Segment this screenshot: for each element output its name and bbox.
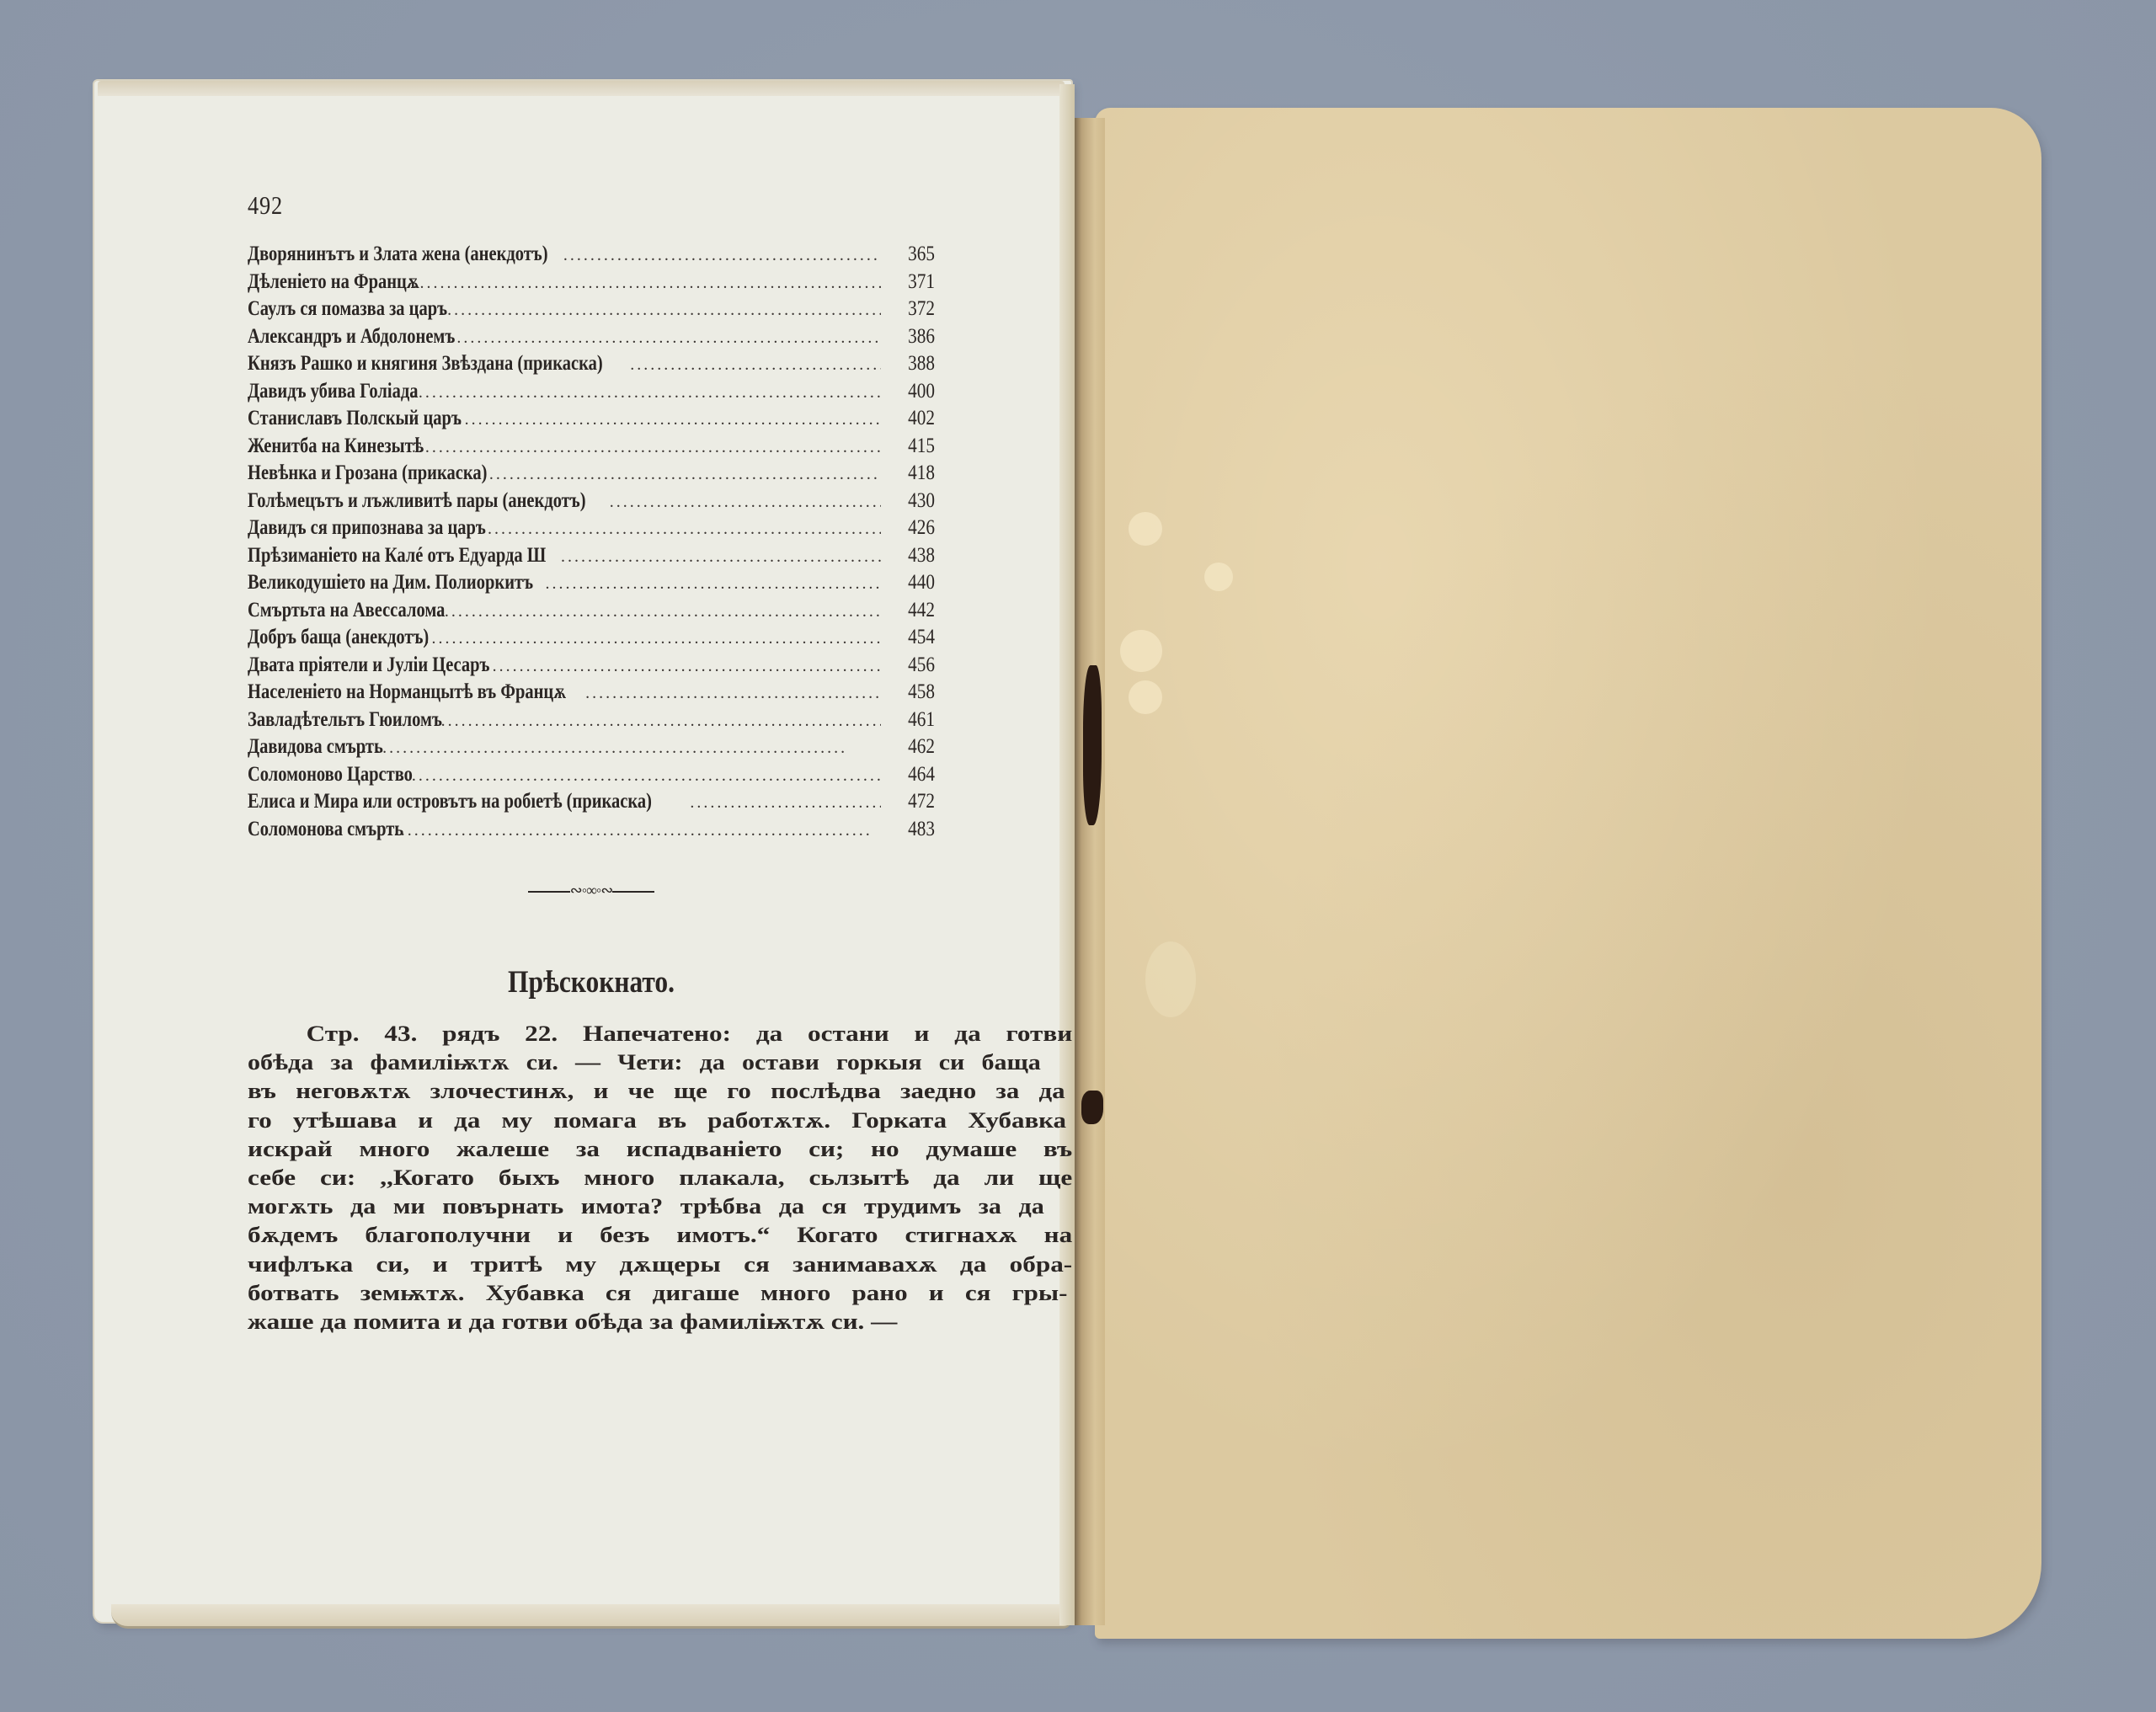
dot-leader: ........................................… bbox=[438, 598, 881, 626]
toc-title: Александръ и Абдолонемъ bbox=[248, 323, 455, 351]
toc-entry: Давидъ убива Голіада....................… bbox=[248, 378, 935, 406]
dot-leader: ........................................… bbox=[406, 269, 881, 297]
toc-page: 400 bbox=[894, 378, 935, 406]
spine-tear bbox=[1083, 665, 1102, 825]
dot-leader: ........................................… bbox=[610, 488, 881, 516]
toc-title: Голѣмецътъ и лъжливитѣ пары (анекдотъ) bbox=[248, 488, 586, 515]
dot-leader: ........................................… bbox=[458, 406, 881, 434]
toc-entry: Елиса и Мира или островътъ на робıетѣ (п… bbox=[248, 788, 935, 816]
errata-line: въ неговѫтѫ злочестинѫ, и че ще го послѣ… bbox=[248, 1077, 1065, 1106]
toc-entry: Саулъ ся помазва за царъ................… bbox=[248, 296, 935, 323]
toc-page: 454 bbox=[894, 624, 935, 652]
toc-entry: Голѣмецътъ и лъжливитѣ пары (анекдотъ)..… bbox=[248, 488, 935, 515]
dot-leader: ........................................… bbox=[561, 543, 881, 571]
errata-paragraph: Стр. 43. рядъ 22. Напечатено: да остани … bbox=[248, 1020, 935, 1336]
dot-leader: ........................................… bbox=[440, 296, 881, 324]
toc-page: 372 bbox=[894, 296, 935, 323]
section-title: Прѣскокнато. bbox=[299, 964, 883, 1001]
dot-leader: ........................................… bbox=[435, 707, 881, 735]
errata-line: ботвать земѭтѫ. Хубавка ся дигаше много … bbox=[248, 1279, 1067, 1308]
errata-line: жаше да помита и да готви обѣда за фамил… bbox=[248, 1308, 1072, 1336]
toc-entry: Давидова смърть.........................… bbox=[248, 733, 935, 761]
toc-page: 472 bbox=[894, 788, 935, 816]
toc-entry: Женитба на Кинезытѣ.....................… bbox=[248, 433, 935, 461]
spine-tear bbox=[1081, 1091, 1103, 1124]
toc-entry: Дворянинътъ и Злата жена (анекдотъ).....… bbox=[248, 241, 935, 269]
water-stain bbox=[1129, 512, 1162, 546]
dot-leader: ........................................… bbox=[412, 434, 881, 461]
errata-line: бѫдемъ благополучни и безъ имотъ.“ Когат… bbox=[248, 1221, 1072, 1250]
toc-page: 442 bbox=[894, 597, 935, 625]
toc-title: Невѣнка и Грозана (прикаска) bbox=[248, 460, 487, 488]
toc-page: 371 bbox=[894, 269, 935, 296]
ornament-line bbox=[528, 891, 570, 893]
toc-page: 418 bbox=[894, 460, 935, 488]
water-stain bbox=[1120, 630, 1162, 672]
toc-page: 462 bbox=[894, 733, 935, 761]
toc-entry: Соломоново Царство......................… bbox=[248, 761, 935, 789]
dot-leader: ........................................… bbox=[362, 734, 881, 762]
toc-entry: Двата пріятели и Јуліи Цесаръ...........… bbox=[248, 652, 935, 680]
errata-line: себе си: ,,Когато быхъ много плакала, сь… bbox=[248, 1164, 1072, 1192]
toc-title: Давидъ убива Голіада bbox=[248, 378, 418, 406]
toc-title: Завладѣтельтъ Гюиломъ bbox=[248, 707, 442, 734]
water-stain bbox=[1204, 563, 1233, 591]
toc-entry: Великодушіето на Дим. Полиоркитъ........… bbox=[248, 569, 935, 597]
ornament-divider: ∾◦∞◦∾ bbox=[248, 882, 935, 899]
dot-leader: ........................................… bbox=[493, 653, 881, 680]
toc-title: Саулъ ся помазва за царъ bbox=[248, 296, 447, 323]
toc-entry: Станиславъ Полскый царъ.................… bbox=[248, 405, 935, 433]
water-stain bbox=[1145, 941, 1196, 1017]
page-inner-edge bbox=[1059, 84, 1075, 1625]
errata-line: искрай много жалеше за испадваніето си; … bbox=[248, 1135, 1072, 1164]
toc-page: 388 bbox=[894, 350, 935, 378]
toc-entry: Смъртьта на Авессалома..................… bbox=[248, 597, 935, 625]
toc-entry: Прѣзиманіето на Калé отъ Едуарда Ш......… bbox=[248, 542, 935, 570]
dot-leader: ........................................… bbox=[387, 817, 881, 845]
toc-title: Станиславъ Полскый царъ bbox=[248, 405, 462, 433]
page-text: 492 Дворянинътъ и Злата жена (анекдотъ).… bbox=[248, 187, 935, 1336]
water-stain bbox=[1129, 680, 1162, 714]
toc-title: Двата пріятели и Јуліи Цесаръ bbox=[248, 652, 490, 680]
toc-page: 415 bbox=[894, 433, 935, 461]
toc-page: 402 bbox=[894, 405, 935, 433]
right-page-cover bbox=[1095, 108, 2041, 1639]
toc-title: Елиса и Мира или островътъ на робıетѣ (п… bbox=[248, 788, 652, 816]
page-number: 492 bbox=[248, 187, 832, 224]
toc-entry: Давидъ ся припознава за царъ............… bbox=[248, 515, 935, 542]
toc-page: 386 bbox=[894, 323, 935, 351]
toc-page: 483 bbox=[894, 816, 935, 844]
toc-page: 461 bbox=[894, 707, 935, 734]
ornament-line bbox=[612, 891, 654, 893]
toc-title: Дѣленіето на Францѫ bbox=[248, 269, 419, 296]
toc-entry: Завладѣтельтъ Гюиломъ...................… bbox=[248, 707, 935, 734]
toc-title: Давидова смърть bbox=[248, 733, 383, 761]
toc-title: Прѣзиманіето на Калé отъ Едуарда Ш bbox=[248, 542, 546, 570]
dot-leader: ........................................… bbox=[489, 461, 881, 488]
dot-leader: ........................................… bbox=[405, 379, 881, 407]
toc-entry: Князъ Рашко и княгиня Звѣздана (прикаска… bbox=[248, 350, 935, 378]
toc-page: 464 bbox=[894, 761, 935, 789]
dot-leader: ........................................… bbox=[630, 351, 881, 379]
toc-title: Великодушіето на Дим. Полиоркитъ bbox=[248, 569, 533, 597]
table-of-contents: Дворянинътъ и Злата жена (анекдотъ).....… bbox=[248, 241, 935, 843]
dot-leader: ........................................… bbox=[545, 570, 881, 598]
toc-entry: Населеніето на Норманцытѣ въ Францѫ.....… bbox=[248, 679, 935, 707]
toc-title: Соломоново Царство bbox=[248, 761, 413, 789]
dot-leader: ........................................… bbox=[419, 625, 881, 653]
toc-page: 430 bbox=[894, 488, 935, 515]
toc-title: Князъ Рашко и княгиня Звѣздана (прикаска… bbox=[248, 350, 603, 378]
ornament-flourish: ∾◦∞◦∾ bbox=[570, 882, 613, 899]
book-spine bbox=[1071, 118, 1105, 1625]
toc-entry: Невѣнка и Грозана (прикаска)............… bbox=[248, 460, 935, 488]
errata-line: Стр. 43. рядъ 22. Напечатено: да остани … bbox=[248, 1020, 1072, 1048]
toc-entry: Добръ баща (анекдотъ)...................… bbox=[248, 624, 935, 652]
toc-title: Добръ баща (анекдотъ) bbox=[248, 624, 429, 652]
toc-entry: Дѣленіето на Францѫ.....................… bbox=[248, 269, 935, 296]
dot-leader: ........................................… bbox=[690, 789, 881, 817]
errata-line: чифлъка си, и тритѣ му дѫщеры ся занимав… bbox=[248, 1251, 1072, 1279]
toc-title: Женитба на Кинезытѣ bbox=[248, 433, 424, 461]
toc-title: Соломонова смърть bbox=[248, 816, 403, 844]
dot-leader: ........................................… bbox=[488, 515, 881, 543]
dot-leader: ........................................… bbox=[563, 242, 881, 269]
toc-title: Населеніето на Норманцытѣ въ Францѫ bbox=[248, 679, 566, 707]
toc-page: 438 bbox=[894, 542, 935, 570]
toc-page: 456 bbox=[894, 652, 935, 680]
toc-title: Смъртьта на Авессалома bbox=[248, 597, 445, 625]
errata-line: обѣда за фамиліѭтѫ си. — Чети: да остави… bbox=[248, 1048, 1041, 1077]
errata-line: го утѣшава и да му помага въ работѫтѫ. Г… bbox=[248, 1107, 1066, 1135]
toc-title: Давидъ ся припознава за царъ bbox=[248, 515, 486, 542]
dot-leader: ........................................… bbox=[398, 762, 881, 790]
toc-entry: Александръ и Абдолонемъ.................… bbox=[248, 323, 935, 351]
toc-title: Дворянинътъ и Злата жена (анекдотъ) bbox=[248, 241, 548, 269]
dot-leader: ........................................… bbox=[585, 680, 881, 707]
toc-page: 365 bbox=[894, 241, 935, 269]
toc-page: 426 bbox=[894, 515, 935, 542]
toc-page: 458 bbox=[894, 679, 935, 707]
dot-leader: ........................................… bbox=[450, 324, 881, 352]
toc-page: 440 bbox=[894, 569, 935, 597]
toc-entry: Соломонова смърть.......................… bbox=[248, 816, 935, 844]
errata-line: могѫть да ми повърнать имота? трѣбва да … bbox=[248, 1192, 1044, 1221]
